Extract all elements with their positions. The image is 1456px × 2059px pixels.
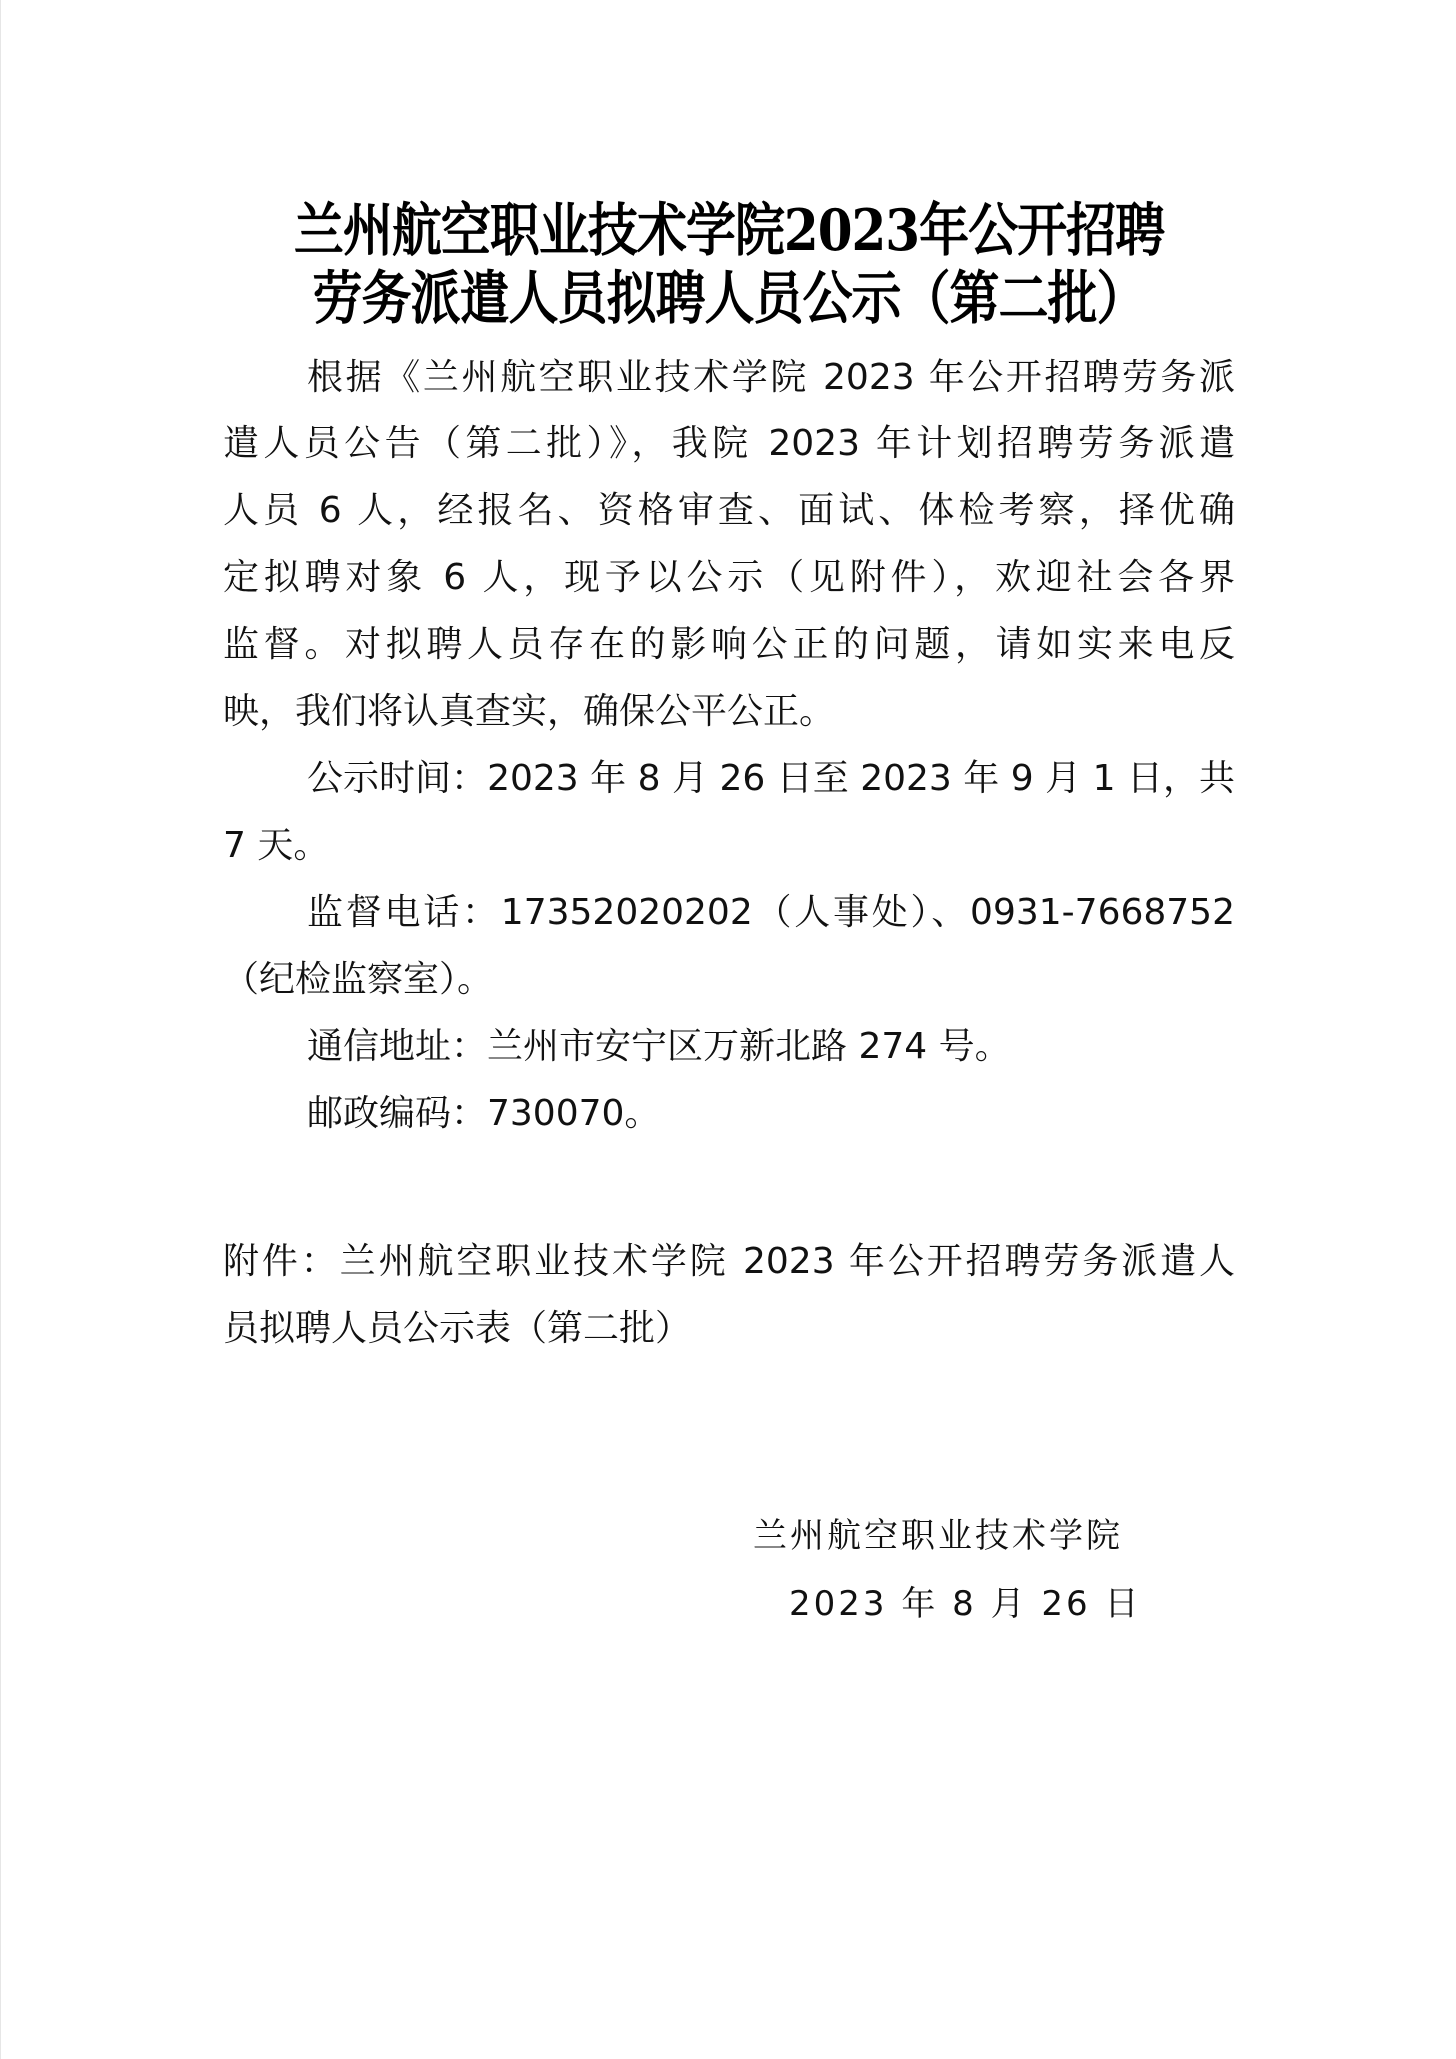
supervision-phone-line: （纪检监察室）。 [223, 958, 1235, 1002]
body-paragraph-line: 遣人员公告（第二批）》，我院 2023 年计划招聘劳务派遣 [223, 422, 1235, 466]
mailing-address: 通信地址：兰州市安宁区万新北路 274 号。 [223, 1025, 1235, 1069]
attachment-line: 员拟聘人员公示表（第二批） [223, 1307, 1235, 1351]
attachment-line: 附件：兰州航空职业技术学院 2023 年公开招聘劳务派遣人 [223, 1240, 1235, 1284]
body-paragraph-line: 定拟聘对象 6 人，现予以公示（见附件），欢迎社会各界 [223, 556, 1235, 600]
publicity-period-line: 公示时间：2023 年 8 月 26 日至 2023 年 9 月 1 日，共 [223, 757, 1235, 801]
body-paragraph-line: 根据《兰州航空职业技术学院 2023 年公开招聘劳务派 [223, 356, 1235, 400]
body-paragraph-line: 人员 6 人，经报名、资格审查、面试、体检考察，择优确 [223, 489, 1235, 533]
document-title-line-2: 劳务派遣人员拟聘人员公示（第二批） [1, 253, 1456, 336]
publicity-period-line: 7 天。 [223, 824, 1235, 868]
signature-organization: 兰州航空职业技术学院 [753, 1514, 1123, 1558]
postal-code: 邮政编码：730070。 [223, 1092, 1235, 1136]
body-paragraph-line: 映，我们将认真查实，确保公平公正。 [223, 690, 1235, 734]
supervision-phone-line: 监督电话：17352020202（人事处）、0931-7668752 [223, 891, 1235, 935]
signature-date: 2023 年 8 月 26 日 [789, 1582, 1141, 1626]
document-page: 兰州航空职业技术学院2023年公开招聘 劳务派遣人员拟聘人员公示（第二批） 根据… [0, 0, 1456, 2059]
body-paragraph-line: 监督。对拟聘人员存在的影响公正的问题，请如实来电反 [223, 623, 1235, 667]
